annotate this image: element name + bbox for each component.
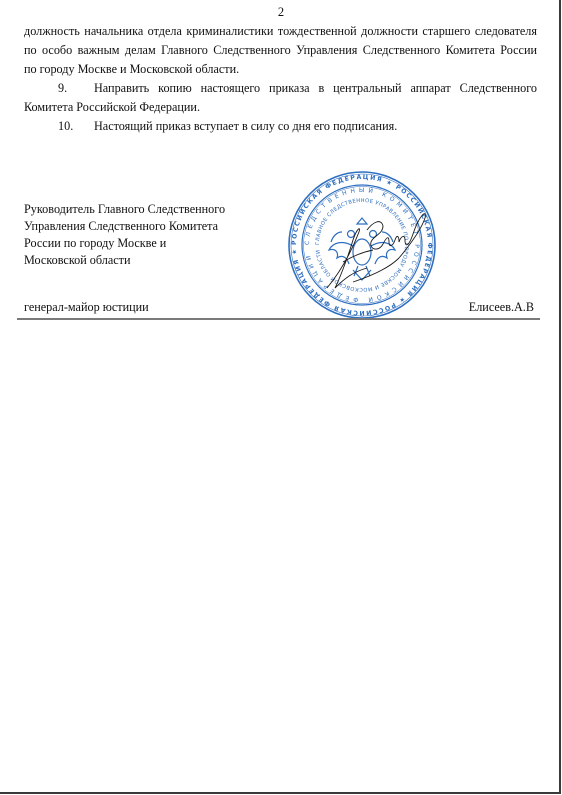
signatory-position: Руководитель Главного Следственного Упра… — [24, 201, 225, 269]
list-item-10: 10.Настоящий приказ вступает в силу со д… — [24, 117, 537, 136]
position-line: России по городу Москве и — [24, 235, 225, 252]
signatory-rank: генерал-майор юстиции — [24, 300, 149, 315]
document-body: должность начальника отдела криминалисти… — [24, 22, 537, 136]
continuation-line-3: по городу Москве и Московской области. — [24, 60, 537, 79]
eagle-emblem-icon — [329, 218, 395, 280]
list-item-9: 9.Направить копию настоящего приказа в ц… — [24, 79, 537, 117]
official-seal-stamp: РОССИЙСКАЯ ФЕДЕРАЦИЯ ★ РОССИЙСКАЯ ФЕДЕРА… — [287, 170, 437, 320]
item-text: Настоящий приказ вступает в силу со дня … — [94, 119, 397, 133]
continuation-line-1: должность начальника отдела криминалисти… — [24, 22, 537, 41]
item-text: Направить копию настоящего приказа в цен… — [24, 81, 537, 114]
stamp-middle-text: СЛЕДСТВЕННЫЙ КОМИТЕТ РОССИЙСКОЙ ФЕДЕРАЦИ… — [304, 187, 420, 303]
item-number: 9. — [58, 79, 94, 98]
stamp-inner-text: ГЛАВНОЕ СЛЕДСТВЕННОЕ УПРАВЛЕНИЕ ПО ГОРОД… — [315, 198, 409, 292]
signatory-name: Елисеев.А.В — [469, 300, 534, 315]
position-line: Московской области — [24, 252, 225, 269]
page-number: 2 — [0, 5, 562, 20]
position-line: Руководитель Главного Следственного — [24, 201, 225, 218]
document-page: 2 должность начальника отдела криминалис… — [0, 0, 561, 794]
continuation-line-2: по особо важным делам Главного Следствен… — [24, 41, 537, 60]
item-number: 10. — [58, 117, 94, 136]
separator-line — [17, 318, 540, 320]
position-line: Управления Следственного Комитета — [24, 218, 225, 235]
